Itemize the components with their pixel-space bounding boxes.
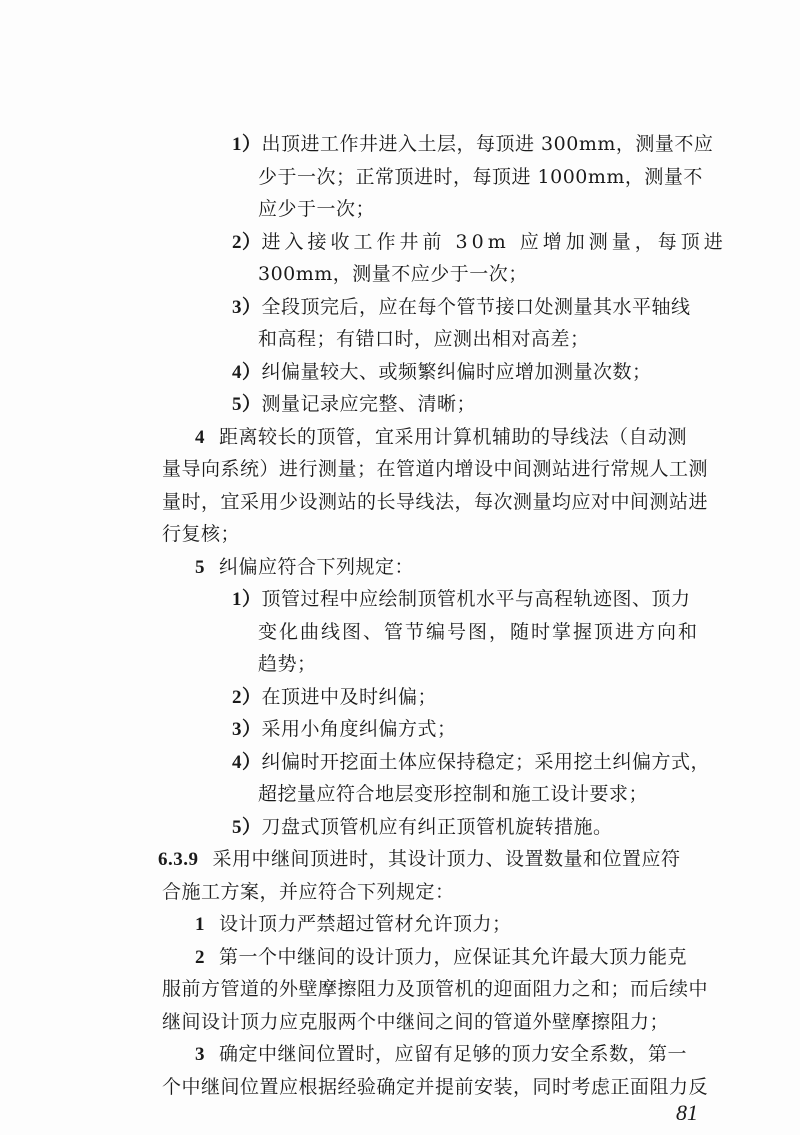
line-text: 刀盘式顶管机应有纠正顶管机旋转措施。: [262, 816, 613, 838]
text-line: 行复核；: [162, 522, 240, 546]
text-line: 2）进入接收工作井前 30m 应增加测量，每顶进: [232, 230, 727, 255]
text-line: 量时，宜采用少设测站的长导线法，每次测量均应对中间测站进: [162, 490, 708, 514]
clause-number: 3: [195, 1044, 205, 1065]
line-text: 个中继间位置应根据经验确定并提前安装，同时考虑正面阻力反: [162, 1076, 708, 1098]
text-line: 趋势；: [258, 652, 317, 676]
line-text: 行复核；: [162, 523, 240, 545]
text-line: 变化曲线图、管节编号图，随时掌握顶进方向和: [258, 620, 699, 644]
list-marker: 5）: [232, 817, 262, 838]
line-text: 确定中继间位置时，应留有足够的顶力安全系数，第一: [219, 1043, 687, 1065]
text-line: 1设计顶力严禁超过管材允许顶力；: [195, 912, 512, 937]
line-text: 少于一次；正常顶进时，每顶进 1000mm，测量不: [258, 166, 703, 188]
text-line: 2第一个中继间的设计顶力，应保证其允许最大顶力能克: [195, 945, 687, 970]
text-line: 4）纠偏量较大、或频繁纠偏时应增加测量次数；: [232, 360, 652, 385]
line-text: 采用小角度纠偏方式；: [262, 718, 457, 740]
text-line: 和高程；有错口时，应测出相对高差；: [258, 327, 590, 351]
list-marker: 2）: [232, 687, 262, 708]
text-line: 少于一次；正常顶进时，每顶进 1000mm，测量不: [258, 165, 703, 189]
line-text: 在顶进中及时纠偏；: [262, 686, 438, 708]
text-line: 5纠偏应符合下列规定：: [195, 555, 414, 580]
text-line: 5）测量记录应完整、清晰；: [232, 392, 476, 417]
line-text: 趋势；: [258, 653, 317, 675]
list-marker: 5）: [232, 394, 262, 415]
list-marker: 4）: [232, 362, 262, 383]
line-text: 继间设计顶力应克服两个中继间之间的管道外壁摩擦阻力；: [162, 1011, 669, 1033]
list-marker: 3）: [232, 297, 262, 318]
text-line: 2）在顶进中及时纠偏；: [232, 685, 437, 710]
clause-number: 2: [195, 947, 205, 968]
clause-number: 5: [195, 557, 205, 578]
line-text: 合施工方案，并应符合下列规定：: [162, 881, 455, 903]
line-text: 距离较长的顶管，宜采用计算机辅助的导线法（自动测: [219, 426, 687, 448]
line-text: 量导向系统）进行测量；在管道内增设中间测站进行常规人工测: [162, 458, 708, 480]
line-text: 采用中继间顶进时，其设计顶力、设置数量和位置应符: [213, 848, 681, 870]
line-text: 纠偏应符合下列规定：: [219, 556, 414, 578]
text-line: 4）纠偏时开挖面土体应保持稳定；采用挖土纠偏方式，: [232, 750, 710, 775]
section-number: 6.3.9: [158, 849, 199, 870]
line-text: 第一个中继间的设计顶力，应保证其允许最大顶力能克: [219, 946, 687, 968]
text-line: 3）采用小角度纠偏方式；: [232, 717, 457, 742]
line-text: 变化曲线图、管节编号图，随时掌握顶进方向和: [258, 621, 699, 643]
line-text: 和高程；有错口时，应测出相对高差；: [258, 328, 590, 350]
list-marker: 1）: [232, 589, 262, 610]
line-text: 300mm，测量不应少于一次；: [258, 263, 528, 285]
list-marker: 2）: [232, 232, 262, 253]
clause-number: 1: [195, 914, 205, 935]
list-marker: 3）: [232, 719, 262, 740]
line-text: 出顶进工作井进入土层，每顶进 300mm，测量不应: [262, 133, 714, 155]
text-line: 3确定中继间位置时，应留有足够的顶力安全系数，第一: [195, 1042, 687, 1067]
line-text: 服前方管道的外壁摩擦阻力及顶管机的迎面阻力之和；而后续中: [162, 978, 708, 1000]
section-heading-line: 6.3.9采用中继间顶进时，其设计顶力、设置数量和位置应符: [158, 847, 681, 872]
text-line: 合施工方案，并应符合下列规定：: [162, 880, 455, 904]
page-number: 81: [676, 1100, 698, 1126]
line-text: 设计顶力严禁超过管材允许顶力；: [219, 913, 512, 935]
text-line: 1）顶管过程中应绘制顶管机水平与高程轨迹图、顶力: [232, 587, 691, 612]
text-line: 5）刀盘式顶管机应有纠正顶管机旋转措施。: [232, 815, 613, 840]
clause-number: 4: [195, 427, 205, 448]
document-page: 1）出顶进工作井进入土层，每顶进 300mm，测量不应 少于一次；正常顶进时，每…: [0, 0, 800, 1135]
text-line: 量导向系统）进行测量；在管道内增设中间测站进行常规人工测: [162, 457, 708, 481]
text-line: 4距离较长的顶管，宜采用计算机辅助的导线法（自动测: [195, 425, 687, 450]
text-line: 1）出顶进工作井进入土层，每顶进 300mm，测量不应: [232, 132, 713, 157]
line-text: 顶管过程中应绘制顶管机水平与高程轨迹图、顶力: [262, 588, 691, 610]
line-text: 纠偏时开挖面土体应保持稳定；采用挖土纠偏方式，: [262, 751, 711, 773]
text-line: 个中继间位置应根据经验确定并提前安装，同时考虑正面阻力反: [162, 1075, 708, 1099]
text-line: 超挖量应符合地层变形控制和施工设计要求；: [258, 782, 648, 806]
text-line: 应少于一次；: [258, 197, 375, 221]
list-marker: 1）: [232, 134, 262, 155]
text-line: 300mm，测量不应少于一次；: [258, 262, 528, 286]
line-text: 测量记录应完整、清晰；: [262, 393, 477, 415]
text-line: 继间设计顶力应克服两个中继间之间的管道外壁摩擦阻力；: [162, 1010, 669, 1034]
line-text: 全段顶完后，应在每个管节接口处测量其水平轴线: [262, 296, 691, 318]
line-text: 应少于一次；: [258, 198, 375, 220]
text-line: 服前方管道的外壁摩擦阻力及顶管机的迎面阻力之和；而后续中: [162, 977, 708, 1001]
list-marker: 4）: [232, 752, 262, 773]
line-text: 纠偏量较大、或频繁纠偏时应增加测量次数；: [262, 361, 652, 383]
line-text: 进入接收工作井前 30m 应增加测量，每顶进: [262, 231, 727, 253]
text-line: 3）全段顶完后，应在每个管节接口处测量其水平轴线: [232, 295, 691, 320]
line-text: 超挖量应符合地层变形控制和施工设计要求；: [258, 783, 648, 805]
line-text: 量时，宜采用少设测站的长导线法，每次测量均应对中间测站进: [162, 491, 708, 513]
